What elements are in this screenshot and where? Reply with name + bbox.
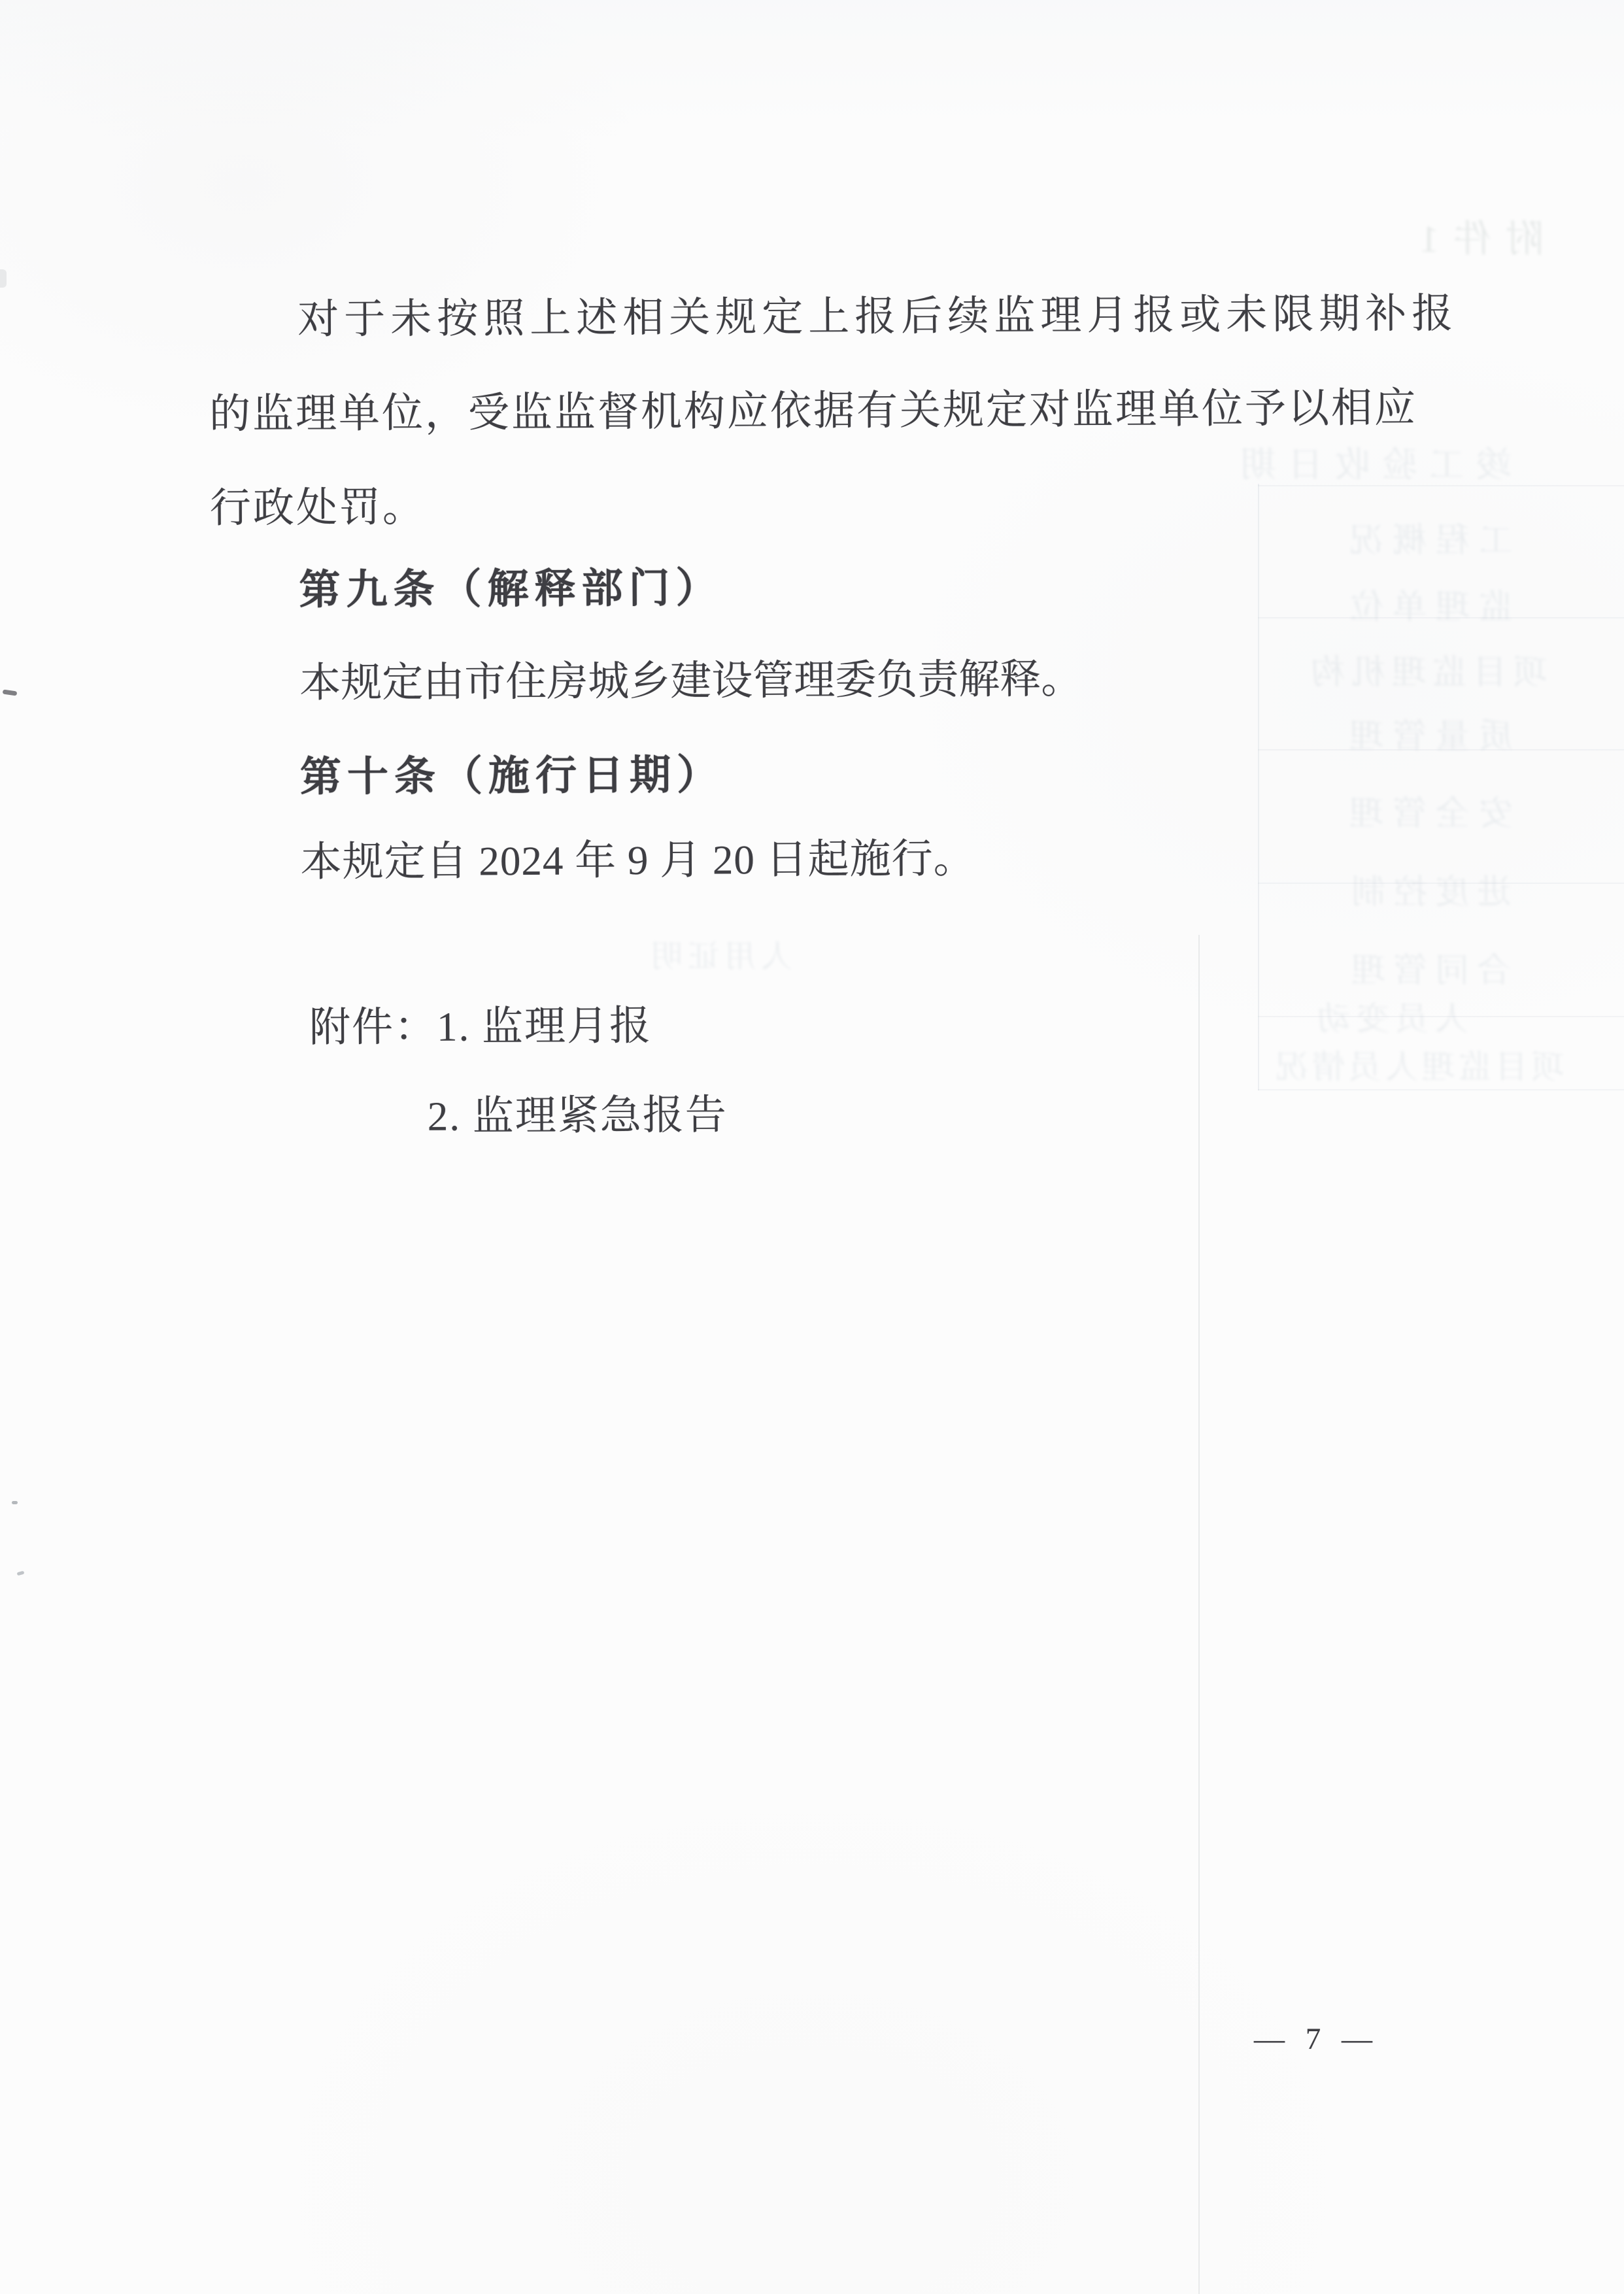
scanned-document-page: 附件1 竣工验收日期工程概况监理单位项目监理机构质量管理安全管理进度控制合同管理… (0, 0, 1624, 2294)
speck-artifact (12, 1501, 18, 1504)
article9-heading: 第九条（解释部门） (299, 564, 722, 615)
paragraph-line-1: 对于未按照上述相关规定上报后续监理月报或未限期补报 (297, 290, 1458, 345)
attachments-line-2: 2. 监理紧急报告 (428, 1090, 728, 1141)
article10-body: 本规定自 2024 年 9 月 20 日起施行。 (300, 834, 975, 887)
document-body: 对于未按照上述相关规定上报后续监理月报或未限期补报 的监理单位，受监监督机构应依… (0, 0, 1624, 2294)
article9-body: 本规定由市住房城乡建设管理委负责解释。 (299, 655, 1082, 709)
article10-heading: 第十条（施行日期） (300, 751, 724, 802)
edge-smudge-artifact (0, 269, 7, 288)
paragraph-line-3: 行政处罚。 (210, 483, 426, 533)
paragraph-line-2: 的监理单位，受监监督机构应依据有关规定对监理单位予以相应 (209, 384, 1417, 439)
page-number: — 7 — (1254, 2021, 1379, 2057)
attachments-line-1: 附件：1. 监理月报 (309, 1002, 652, 1053)
